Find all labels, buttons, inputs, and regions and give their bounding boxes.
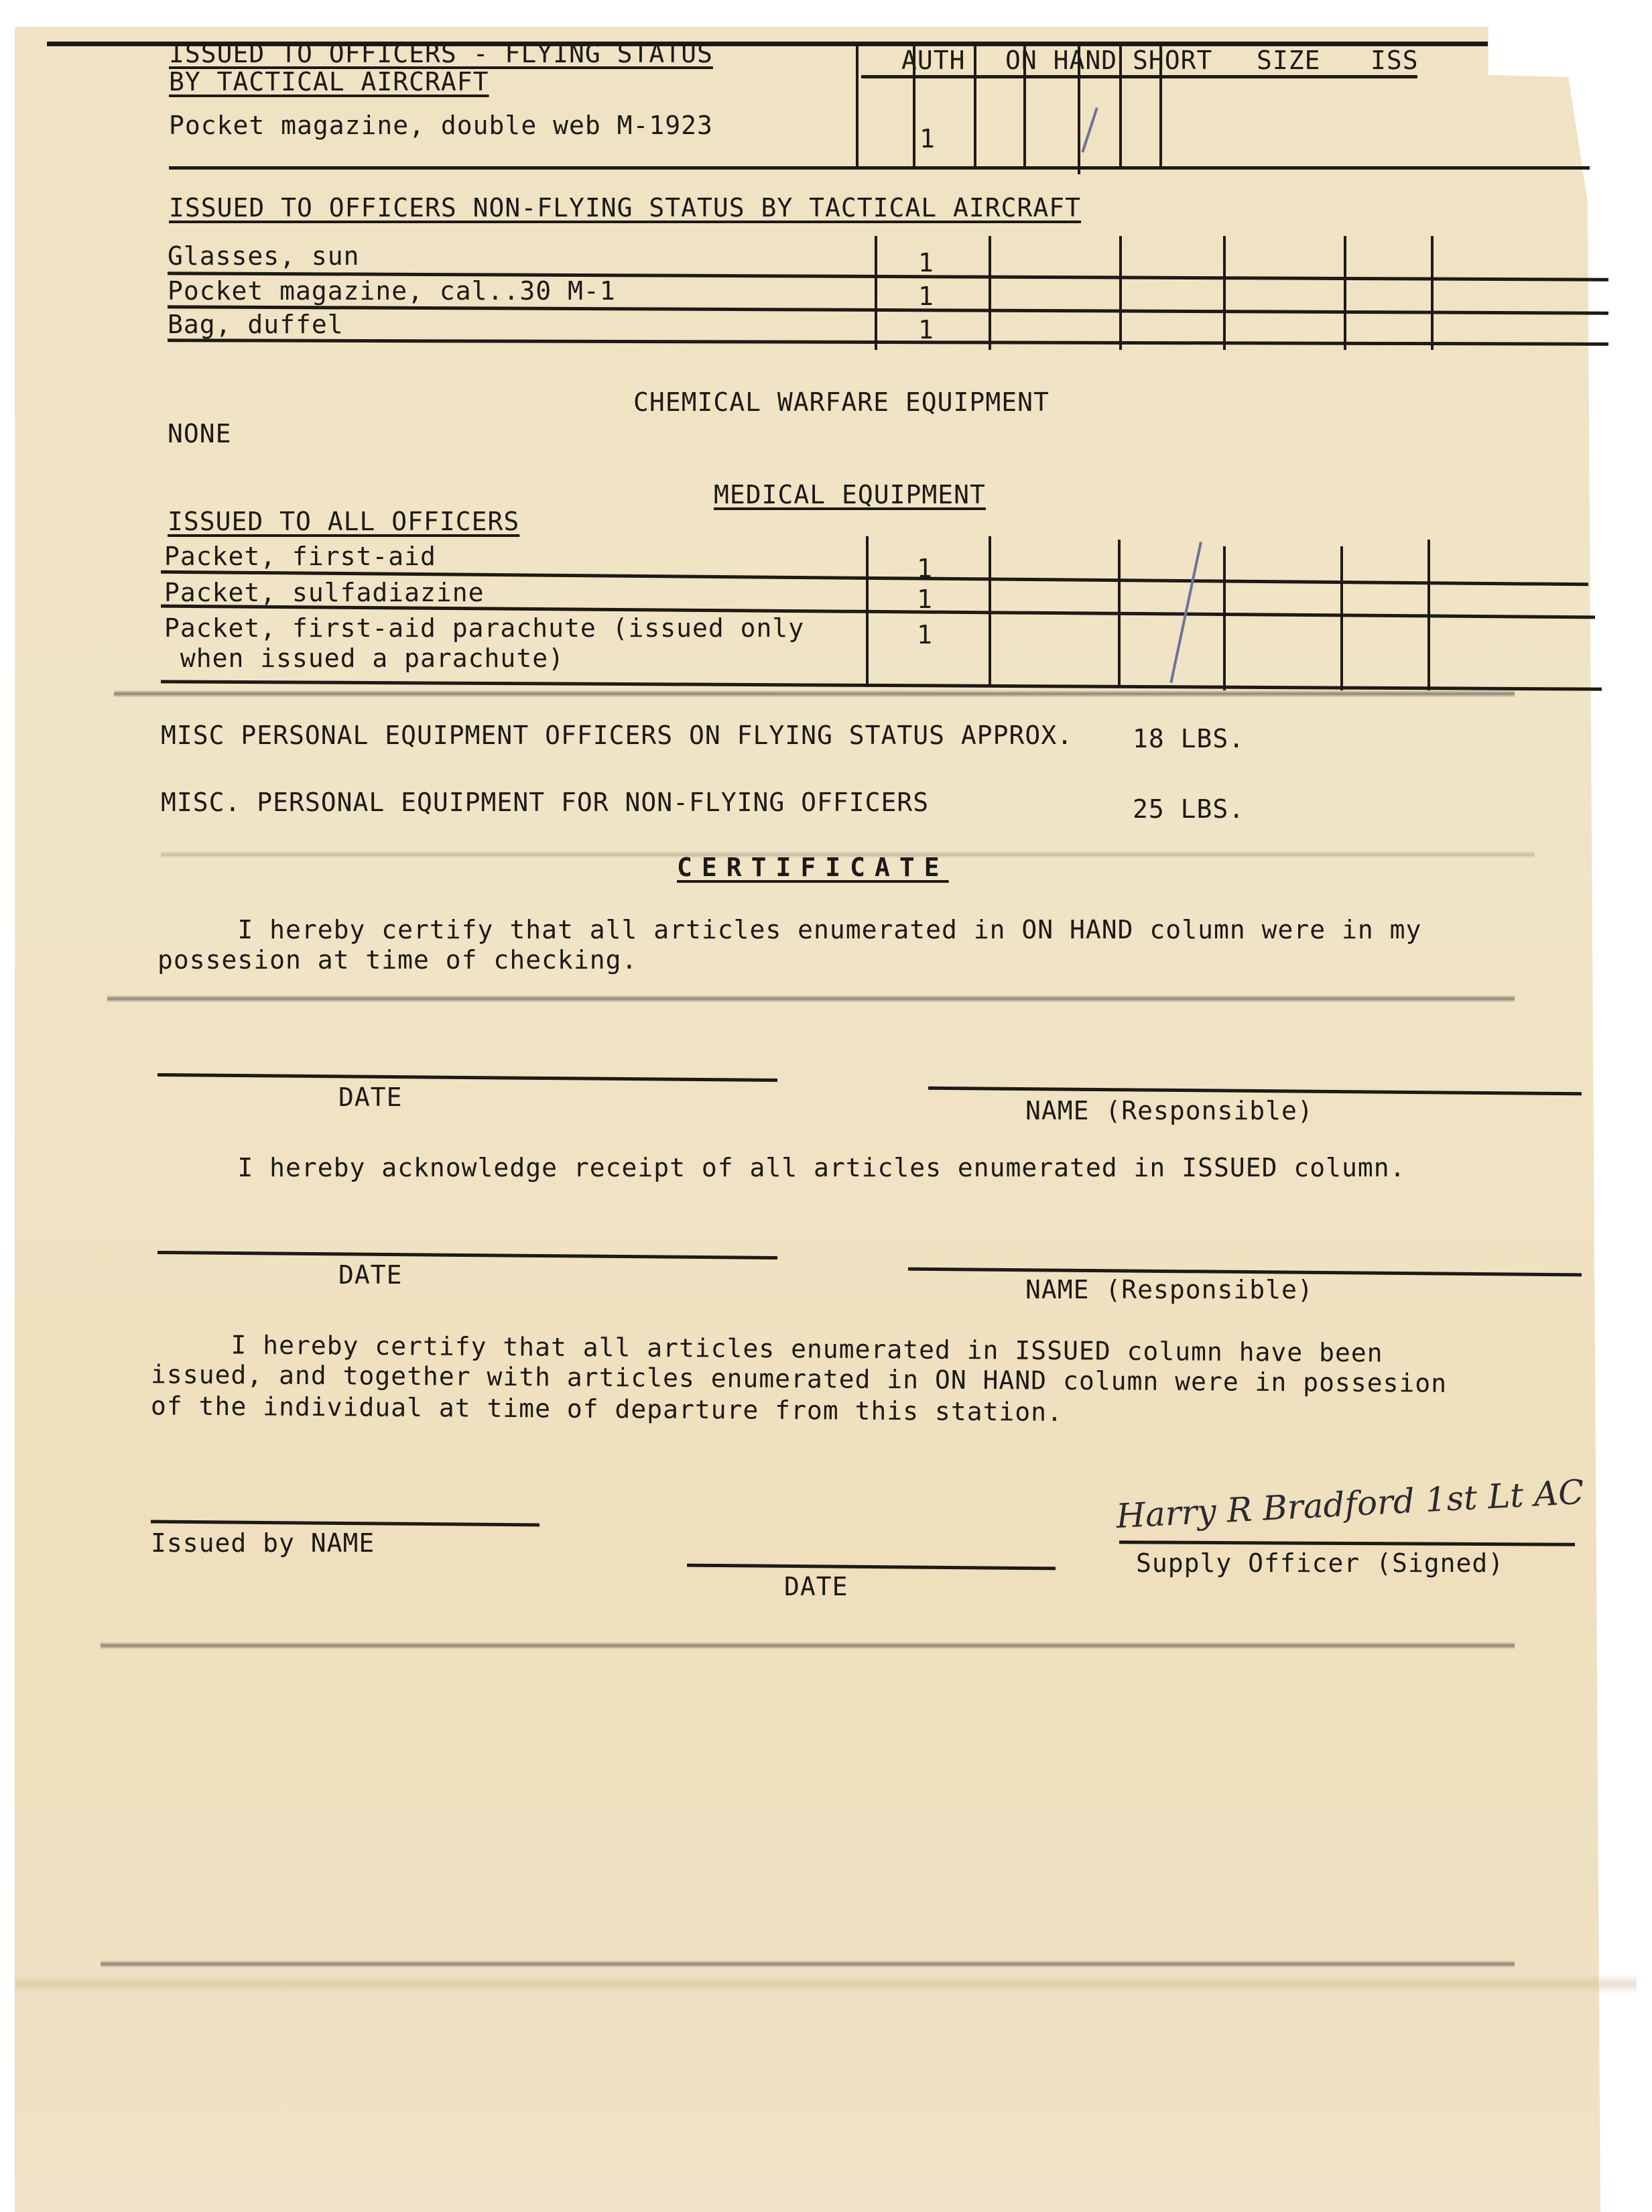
col-divider [989, 236, 991, 350]
col-divider [1340, 546, 1343, 690]
medical-subtitle: ISSUED TO ALL OFFICERS [168, 507, 519, 536]
item-name: Glasses, sun [168, 241, 360, 271]
offset-smudge [101, 1961, 1515, 1967]
col-divider [1223, 546, 1226, 690]
header-underline [861, 75, 1417, 78]
item-auth: 1 [917, 585, 932, 614]
col-divider [856, 43, 859, 168]
misc-flying-label: MISC PERSONAL EQUIPMENT OFFICERS ON FLYI… [161, 721, 1073, 750]
col-divider [913, 43, 915, 168]
item-name: Bag, duffel [168, 310, 344, 339]
certificate-statement-1-cont: possesion at time of checking. [157, 945, 637, 975]
document-page [15, 27, 1616, 2212]
section-non-flying-title: ISSUED TO OFFICERS NON-FLYING STATUS BY … [169, 193, 1081, 223]
col-on-hand: ON HAND [1005, 46, 1117, 75]
item-name: Packet, first-aid parachute (issued only [164, 613, 804, 643]
col-divider [1431, 236, 1434, 350]
col-divider [1078, 43, 1080, 174]
item-auth: 1 [919, 124, 935, 153]
col-iss: ISS [1371, 46, 1419, 75]
row-rule [169, 166, 1590, 170]
col-divider [1023, 43, 1026, 168]
date-label-3: DATE [784, 1572, 848, 1601]
section-flying-title-1: ISSUED TO OFFICERS - FLYING STATUS [169, 39, 713, 68]
misc-flying-weight: 18 LBS. [1133, 724, 1245, 753]
item-auth: 1 [917, 620, 932, 650]
col-divider [974, 43, 976, 168]
section-flying-title-2: BY TACTICAL AIRCRAFT [169, 67, 489, 97]
offset-smudge [114, 690, 1515, 697]
item-name-continued: when issued a parachute) [164, 643, 564, 673]
certificate-title: CERTIFICATE [677, 853, 949, 882]
paper-fold-crease [15, 1974, 1637, 1994]
chemical-title: CHEMICAL WARFARE EQUIPMENT [633, 387, 1050, 417]
item-auth: 1 [918, 282, 934, 311]
item-name: Pocket magazine, cal..30 M-1 [168, 276, 616, 306]
item-auth: 1 [918, 248, 934, 278]
certificate-statement-1: I hereby certify that all articles enume… [157, 915, 1421, 944]
date-label-2: DATE [338, 1260, 403, 1290]
col-short: SHORT [1133, 46, 1212, 75]
col-divider [1159, 43, 1162, 168]
item-name: Pocket magazine, double web M-1923 [169, 111, 713, 140]
col-divider [1119, 43, 1122, 168]
offset-smudge [101, 1642, 1515, 1649]
col-divider [1223, 236, 1226, 350]
issued-by-label: Issued by NAME [151, 1528, 375, 1558]
col-auth: AUTH [901, 46, 966, 75]
name-responsible-label-2: NAME (Responsible) [1025, 1275, 1314, 1304]
item-name: Packet, first-aid [164, 542, 436, 571]
col-divider [1119, 236, 1122, 350]
certificate-statement-2: I hereby acknowledge receipt of all arti… [157, 1153, 1405, 1182]
col-divider [1344, 236, 1346, 350]
misc-non-flying-label: MISC. PERSONAL EQUIPMENT FOR NON-FLYING … [161, 788, 929, 817]
item-name: Packet, sulfadiazine [164, 578, 485, 607]
name-responsible-label: NAME (Responsible) [1025, 1096, 1314, 1125]
offset-smudge [107, 995, 1515, 1002]
date-label: DATE [338, 1083, 403, 1112]
medical-title: MEDICAL EQUIPMENT [714, 480, 986, 509]
col-size: SIZE [1257, 46, 1321, 75]
col-divider [875, 236, 877, 350]
misc-non-flying-weight: 25 LBS. [1133, 794, 1245, 824]
supply-officer-label: Supply Officer (Signed) [1136, 1548, 1504, 1578]
chemical-value: NONE [168, 419, 232, 448]
